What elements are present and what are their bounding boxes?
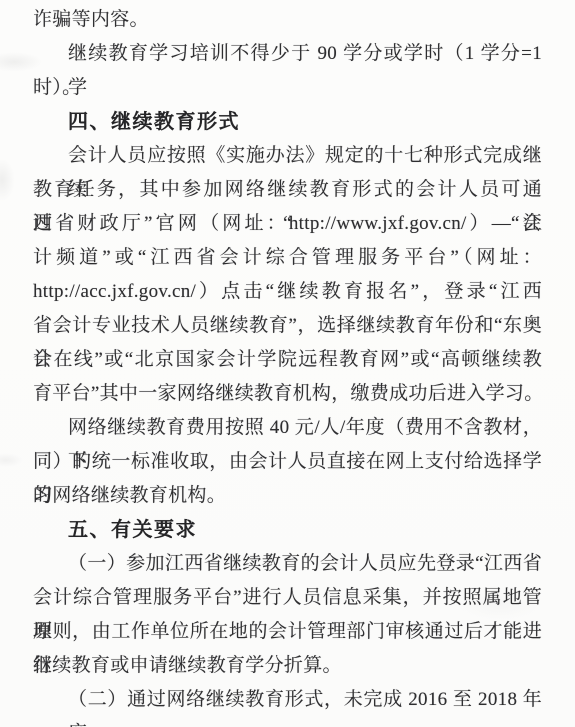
document-page: 诈骗等内容。 继续教育学习培训不得少于 90 学分或学时（1 学分=1 学 时）… xyxy=(0,0,575,727)
text-line: http://acc.jxf.gov.cn/）点击“继续教育报名”，登录“江西 xyxy=(33,275,542,309)
text-line: 会计人员应按照《实施办法》规定的十七种形式完成继续 xyxy=(33,139,542,173)
text-line: 原则，由工作单位所在地的会计管理部门审核通过后才能进行 xyxy=(33,615,542,649)
text-line: 时）。 xyxy=(33,71,542,105)
text-line: 继续教育或申请继续教育学分折算。 xyxy=(33,649,542,683)
text-line: 计频道”或“江西省会计综合管理服务平台”（网址： xyxy=(33,241,542,275)
text-line: 的网络继续教育机构。 xyxy=(33,479,542,513)
text-line: 诈骗等内容。 xyxy=(33,3,542,37)
text-line: 省会计专业技术人员继续教育”，选择继续教育年份和“东奥会 xyxy=(33,309,542,343)
text-line: 育平台”其中一家网络继续教育机构，缴费成功后进入学习。 xyxy=(33,377,542,411)
text-line: 网络继续教育费用按照 40 元/人/年度（费用不含教材，下 xyxy=(33,411,542,445)
text-line: （二）通过网络继续教育形式，未完成 2016 至 2018 年度 xyxy=(33,683,542,717)
text-line: 继续教育学习培训不得少于 90 学分或学时（1 学分=1 学 xyxy=(33,37,542,71)
text-line: 西省财政厅”官网（网址：http://www.jxf.gov.cn/）—“会 xyxy=(33,207,542,241)
text-line: 同）的统一标准收取，由会计人员直接在网上支付给选择学习 xyxy=(33,445,542,479)
text-line: 教育任务，其中参加网络继续教育形式的会计人员可通过“江 xyxy=(33,173,542,207)
text-line: （一）参加江西省继续教育的会计人员应先登录“江西省 xyxy=(33,547,542,581)
section-heading-4: 四、继续教育形式 xyxy=(33,105,542,139)
text-line: 会计综合管理服务平台”进行人员信息采集，并按照属地管理 xyxy=(33,581,542,615)
section-heading-5: 五、有关要求 xyxy=(33,513,542,547)
text-line: 计在线”或“北京国家会计学院远程教育网”或“高顿继续教 xyxy=(33,343,542,377)
